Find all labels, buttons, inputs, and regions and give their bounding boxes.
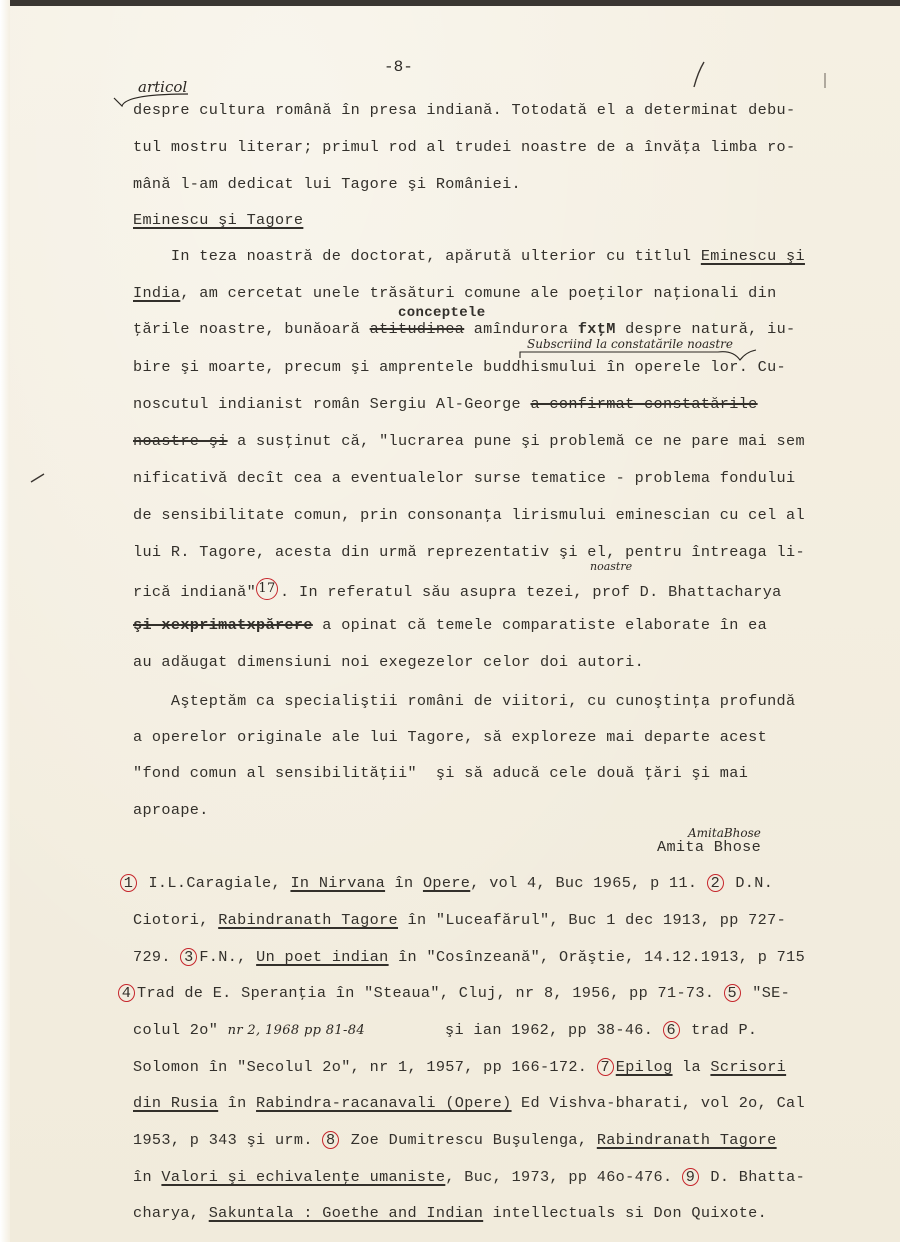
note-number-circle: 3 — [180, 948, 197, 966]
text: 1953, p 343 şi urm. — [133, 1131, 322, 1149]
text: F.N., — [199, 948, 256, 966]
body-line: noscutul indianist român Sergiu Al-Georg… — [133, 394, 758, 414]
text: şi ian 1962, pp 38-46. — [445, 1021, 663, 1039]
body-line: mână l-am dedicat lui Tagore şi României… — [133, 174, 521, 194]
overtyped-text: fxţM — [578, 320, 616, 338]
body-line: Aşteptăm ca specialiştii români de viito… — [133, 691, 795, 711]
body-line: a operelor originale ale lui Tagore, să … — [133, 727, 767, 747]
note-number-circle: 5 — [724, 984, 741, 1002]
handwritten-insertion-noastre: noastre — [590, 560, 632, 573]
note-number-circle: 9 — [682, 1168, 699, 1186]
text: , vol 4, Buc 1965, p 11. — [470, 874, 707, 892]
text: , Buc, 1973, pp 46o-476. — [445, 1168, 682, 1186]
text: Ed Vishva-bharati, vol 2o, Cal — [512, 1094, 805, 1112]
text: D. Bhatta- — [701, 1168, 805, 1186]
text: rică indiană" — [133, 583, 256, 601]
text: "SE- — [743, 984, 790, 1002]
underlined-title: Rabindranath Tagore — [597, 1131, 777, 1149]
pen-tick-mark — [822, 72, 828, 90]
body-line: de sensibilitate comun, prin consonanţa … — [133, 505, 805, 525]
text: a opinat că temele comparatiste elaborat… — [313, 616, 767, 634]
text: colul 2o" — [133, 1021, 228, 1039]
body-line: şi-xexprimatxpărere a opinat că temele c… — [133, 615, 767, 635]
footnote-line: 1953, p 343 şi urm. 8 Zoe Dumitrescu Buş… — [133, 1130, 777, 1150]
struck-text: a confirmat constatările — [531, 395, 758, 413]
text: la — [673, 1058, 711, 1076]
footnote-line: Ciotori, Rabindranath Tagore în "Luceafă… — [133, 910, 786, 930]
footnote-line: din Rusia în Rabindra-racanavali (Opere)… — [133, 1093, 805, 1113]
text: charya, — [133, 1204, 209, 1222]
text: intellectuals si Don Quixote. — [483, 1204, 767, 1222]
note-number-circle: 2 — [707, 874, 724, 892]
underlined-title: Rabindra-racanavali (Opere) — [256, 1094, 512, 1112]
text: în — [218, 1094, 256, 1112]
overtyped-text: şi-xexprimatxpărere — [133, 616, 313, 634]
footnote-line: colul 2o" nr 2, 1968 pp 81-84şi ian 1962… — [133, 1020, 757, 1041]
footnote-line: 729. 3F.N., Un poet indian în "Cosînzean… — [133, 947, 805, 967]
text: D.N. — [726, 874, 773, 892]
underlined-title: din Rusia — [133, 1094, 218, 1112]
underlined-title: In Nirvana — [290, 874, 385, 892]
underlined-title: Valori şi echivalenţe umaniste — [161, 1168, 445, 1186]
note-number-circle: 6 — [663, 1021, 680, 1039]
text: Solomon în "Secolul 2o", nr 1, 1957, pp … — [133, 1058, 597, 1076]
footnote-line: 1 I.L.Caragiale, In Nirvana în Opere, vo… — [120, 873, 773, 893]
text: în "Luceafărul", Buc 1 dec 1913, pp 727- — [398, 911, 786, 929]
text: noscutul indianist român Sergiu Al-Georg… — [133, 395, 531, 413]
pen-stray-mark — [28, 470, 48, 486]
footnote-line: 4Trad de E. Speranţia în "Steaua", Cluj,… — [118, 983, 790, 1003]
page-number: -8- — [384, 58, 413, 76]
text: amîndurora — [464, 320, 578, 338]
body-line: "fond comun al sensibilităţii" şi să adu… — [133, 763, 748, 783]
text: , am cercetat unele trăsături comune ale… — [180, 284, 776, 302]
struck-text: noastre şi — [133, 432, 228, 450]
pen-stroke-mark — [690, 60, 710, 90]
text: în — [133, 1168, 161, 1186]
underlined-title: Rabindranath Tagore — [218, 911, 398, 929]
body-line: bire şi moarte, precum şi amprentele bud… — [133, 357, 786, 377]
underlined-title: Sakuntala : Goethe and Indian — [209, 1204, 483, 1222]
body-line: au adăugat dimensiuni noi exegezelor cel… — [133, 652, 644, 672]
body-line: India, am cercetat unele trăsături comun… — [133, 283, 777, 303]
footnote-circle-17: 17 — [256, 578, 278, 600]
note-number-circle: 7 — [597, 1058, 614, 1076]
text: Trad de E. Speranţia în "Steaua", Cluj, … — [137, 984, 724, 1002]
text: Ciotori, — [133, 911, 218, 929]
text: I.L.Caragiale, — [139, 874, 290, 892]
body-line: despre cultura română în presa indiană. … — [133, 100, 795, 120]
note-number-circle: 8 — [322, 1131, 339, 1149]
section-heading: Eminescu şi Tagore — [133, 210, 303, 230]
page-margin-highlight — [0, 0, 10, 1242]
footnote-line: charya, Sakuntala : Goethe and Indian in… — [133, 1203, 767, 1223]
body-line: lui R. Tagore, acesta din urmă reprezent… — [133, 542, 805, 562]
body-line: aproape. — [133, 800, 209, 820]
text: 729. — [133, 948, 180, 966]
text: despre natură, iu- — [616, 320, 796, 338]
struck-text: atitudinea — [370, 320, 465, 338]
text: trad P. — [682, 1021, 758, 1039]
underlined-title: Opere — [423, 874, 470, 892]
underlined-title: Un poet indian — [256, 948, 389, 966]
body-line: ţările noastre, bunăoară atitudinea amîn… — [133, 319, 796, 339]
body-line: In teza noastră de doctorat, apărută ult… — [133, 246, 805, 266]
text: în "Cosînzeană", Orăştie, 14.12.1913, p … — [389, 948, 805, 966]
footnote-line: în Valori şi echivalenţe umaniste, Buc, … — [133, 1167, 805, 1187]
text: Zoe Dumitrescu Buşulenga, — [341, 1131, 597, 1149]
text: . In referatul său asupra tezei, prof D.… — [280, 583, 782, 601]
body-line: tul mostru literar; primul rod al trudei… — [133, 137, 795, 157]
body-line: noastre şi a susţinut că, "lucrarea pune… — [133, 431, 805, 451]
footnote-line: Solomon în "Secolul 2o", nr 1, 1957, pp … — [133, 1057, 786, 1077]
underlined-title: Epilog — [616, 1058, 673, 1076]
text: a susţinut că, "lucrarea pune şi problem… — [228, 432, 805, 450]
body-line: nificativă decît cea a eventualelor surs… — [133, 468, 795, 488]
note-number-circle: 4 — [118, 984, 135, 1002]
text: ţările noastre, bunăoară — [133, 320, 370, 338]
author-name: Amita Bhose — [657, 837, 761, 857]
text: In teza noastră de doctorat, apărută ult… — [133, 247, 701, 265]
note-number-circle: 1 — [120, 874, 137, 892]
handwritten-reference: nr 2, 1968 pp 81-84 — [228, 1023, 365, 1038]
body-line: rică indiană"17. In referatul său asupra… — [133, 578, 782, 602]
underlined-title: Eminescu şi — [701, 247, 805, 265]
underlined-title: Scrisori — [710, 1058, 786, 1076]
text: în — [385, 874, 423, 892]
underlined-title: India — [133, 284, 180, 302]
